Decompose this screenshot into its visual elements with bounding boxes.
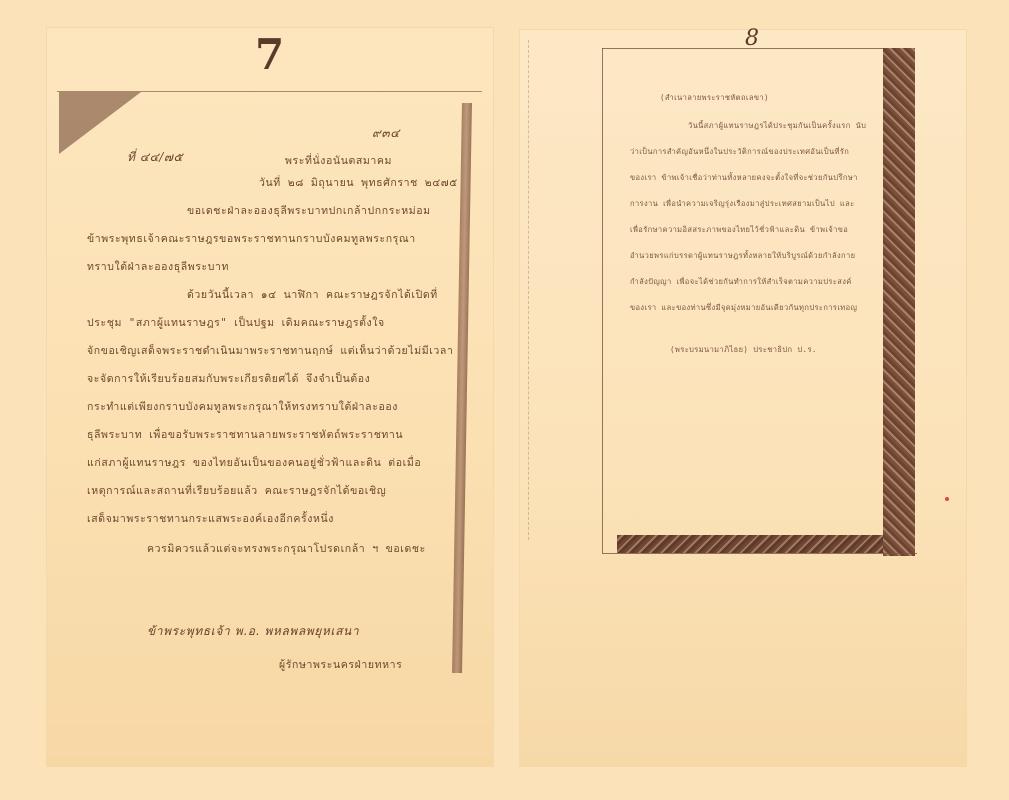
body-line: อำนวยพรแก่บรรดาผู้แทนราษฎรทั้งหลายให้บริ… [630,250,855,262]
body-line: กระทำแต่เพียงกราบบังคมทูลพระกรุณาให้ทรงท… [87,398,398,415]
body-line: ของเรา และของท่านซึ่งมีจุดมุ่งหมายอันเดี… [630,302,857,314]
frame-border-top [602,48,884,49]
body-line: ด้วยวันนี้เวลา ๑๔ นาฬิกา คณะราษฎรจักได้เ… [187,286,438,303]
body-line: ธุลีพระบาท เพื่อขอรับพระราชทานลายพระราชห… [87,426,403,443]
page-number: 7 [255,30,284,79]
frame-shadow-bar-right [883,48,915,556]
body-line: จะจัดการให้เรียบร้อยสมกับพระเกียรติยศได้… [87,370,370,387]
document-heading: (สำเนาลายพระราชหัตถเลขา) [660,92,769,104]
body-line: จักขอเชิญเสด็จพระราชดำเนินมาพระราชทานฤกษ… [87,342,453,359]
document-page-right: 8 (สำเนาลายพระราชหัตถเลขา) วันนี้สภาผู้แ… [520,30,966,766]
frame-shadow-bar-bottom [617,535,883,553]
body-line: ขอเดชะฝ่าละอองธุลีพระบาทปกเกล้าปกกระหม่อ… [187,202,431,219]
body-line: เหตุการณ์และสถานที่เรียบร้อยแล้ว คณะราษฎ… [87,482,386,499]
body-line: ประชุม "สภาผู้แทนราษฎร" เป็นปฐม เดิมคณะร… [87,314,385,331]
body-line: ว่าเป็นการสำคัญอันหนึ่งในประวัติการณ์ของ… [630,146,849,158]
body-line: เพื่อรักษาความอิสสระภาพของไทยไว้ชั่วฟ้าแ… [630,224,848,236]
date-line: วันที่ ๒๘ มิถุนายน พุทธศักราช ๒๔๗๕ [259,174,458,191]
closing-line: ควรมิควรแล้วแต่จะทรงพระกรุณาโปรดเกล้า ฯ … [147,540,426,557]
body-line: วันนี้สภาผู้แทนราษฎรได้ประชุมกันเป็นครั้… [688,120,866,132]
body-line: กำลังปัญญา เพื่อจะได้ช่วยกันทำการให้สำเร… [630,276,852,288]
frame-border-left [602,48,603,553]
signature-line: ข้าพระพุทธเจ้า พ.อ. พหลพลพยุหเสนา [147,622,359,641]
torn-corner-shadow [59,92,141,154]
body-line: ข้าพระพุทธเจ้าคณะราษฎรขอพระราชทานกราบบัง… [87,230,416,247]
document-page-left: 7 ๙๓๔ ที่ ๔๔/๗๕ พระที่นั่งอนันตสมาคม วัน… [47,28,493,766]
body-line: แก่สภาผู้แทนราษฎร ของไทยอันเป็นของคนอยู่… [87,454,421,471]
archive-number: ๙๓๔ [372,124,400,143]
body-line: ของเรา ข้าพเจ้าเชื่อว่าท่านทั้งหลายคงจะต… [630,172,858,184]
margin-line [528,40,529,540]
royal-signature: (พระบรมนามาภิไธย) ประชาธิปก ป.ร. [670,344,817,356]
red-mark [945,497,949,501]
frame-border-bottom [602,553,917,554]
signature-title: ผู้รักษาพระนครฝ่ายทหาร [279,656,402,673]
body-line: เสด็จมาพระราชทานกระแสพระองค์เองอีกครั้งห… [87,510,334,527]
body-line: การงาน เพื่อนำความเจริญรุ่งเรืองมาสู่ประ… [630,198,855,210]
body-line: ทราบใต้ฝ่าละอองธุลีพระบาท [87,258,229,275]
location: พระที่นั่งอนันตสมาคม [285,152,392,169]
reference-number: ที่ ๔๔/๗๕ [127,148,183,167]
